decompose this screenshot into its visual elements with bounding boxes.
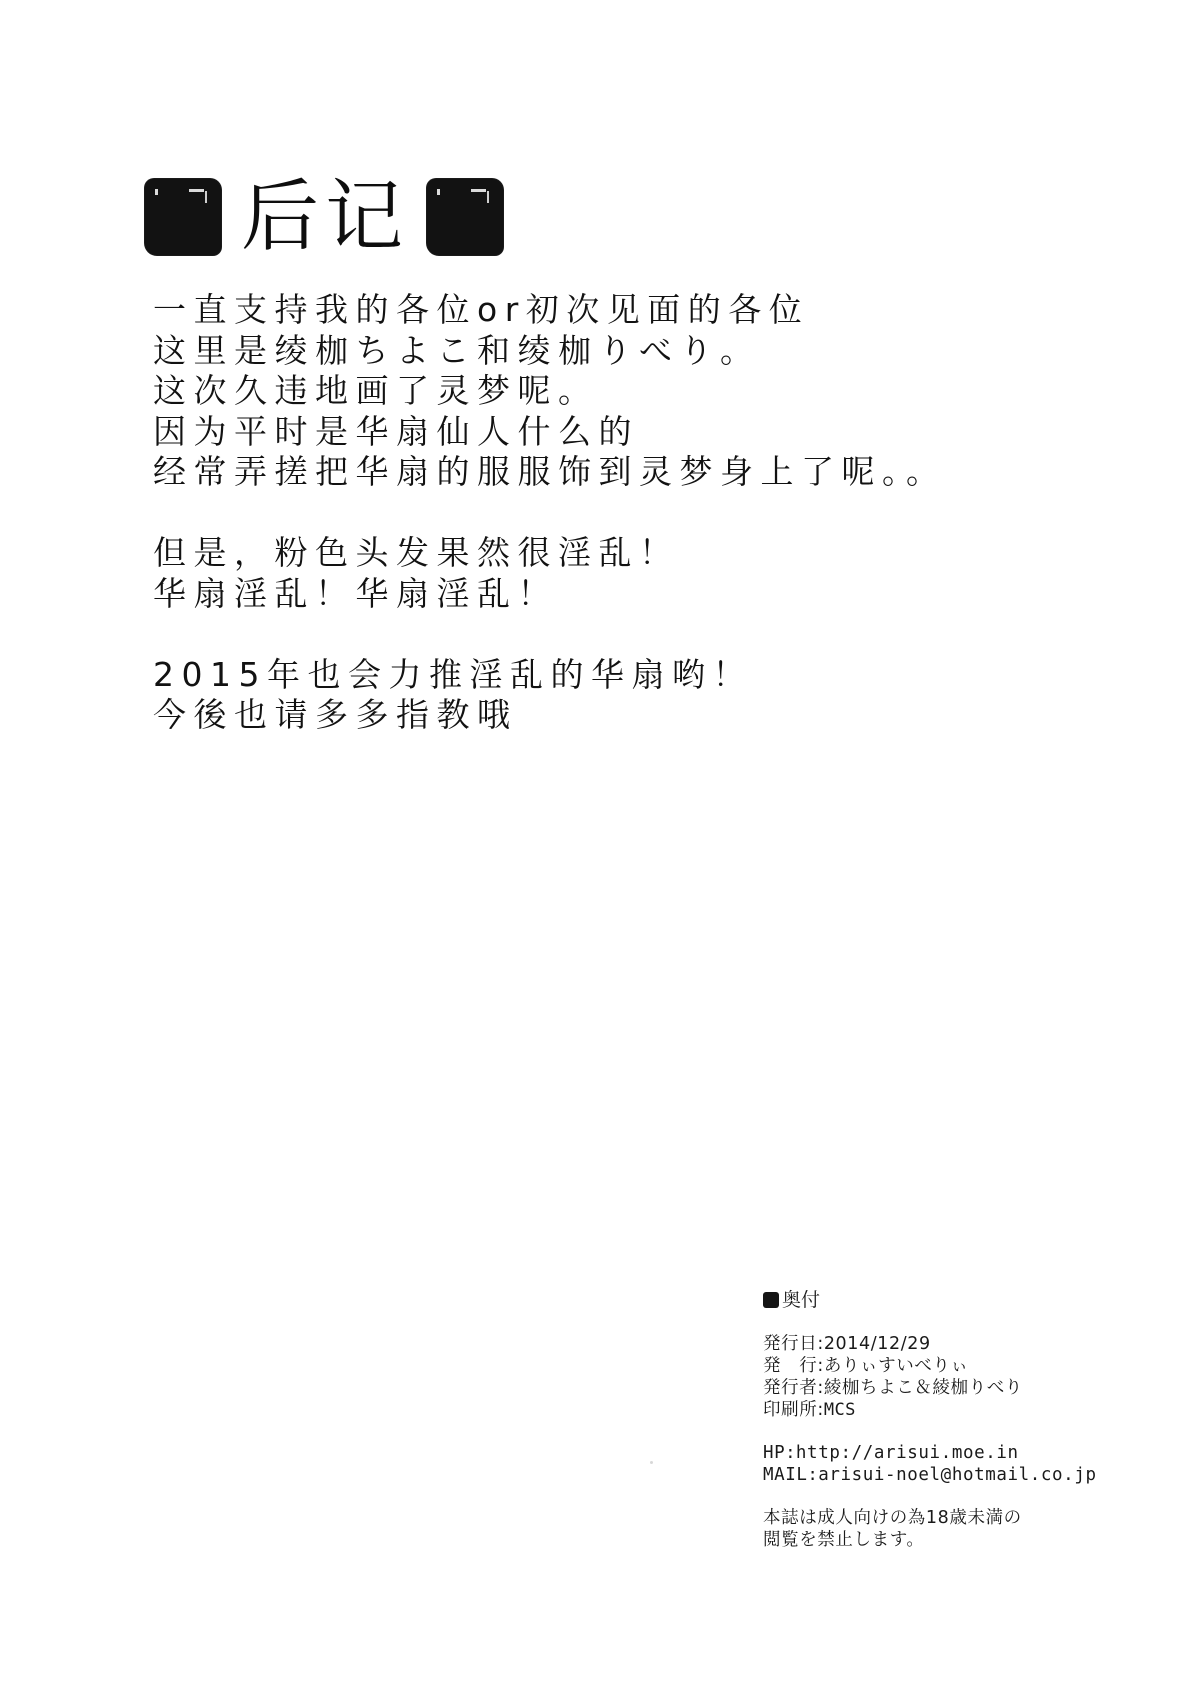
afterword-heading: 后记: [145, 176, 503, 258]
email-row: MAIL:arisui-noel@hotmail.co.jp: [763, 1464, 1163, 1486]
notice-line: 閲覧を禁止します。: [763, 1529, 1163, 1551]
scan-speck: [650, 1461, 653, 1464]
publication-date-row: 発行日:2014/12/29: [763, 1333, 1163, 1355]
black-square-icon: [763, 1292, 779, 1308]
row-label: HP: [763, 1442, 785, 1464]
paragraph-2: 但是，粉色头发果然很淫乱！ 华扇淫乱！华扇淫乱！: [153, 533, 1113, 614]
left-black-square-icon: [145, 179, 221, 255]
body-line: 但是，粉色头发果然很淫乱！: [153, 533, 1113, 574]
authors-row: 発行者:綾枷ちよこ＆綾枷りべり: [763, 1377, 1163, 1399]
row-label: MAIL: [763, 1464, 808, 1486]
body-line: 今後也请多多指教哦: [153, 695, 1113, 736]
homepage-url: http://arisui.moe.in: [796, 1443, 1019, 1463]
publication-date: 2014/12/29: [824, 1334, 931, 1354]
publisher: ありぃすいべりぃ: [824, 1356, 969, 1376]
paragraph-spacer: [153, 614, 1113, 655]
body-line: 2015年也会力推淫乱的华扇哟！: [153, 655, 1113, 696]
contact-info: HP:http://arisui.moe.in MAIL:arisui-noel…: [763, 1442, 1163, 1486]
body-line: 这里是绫枷ちよこ和绫枷りべり。: [153, 331, 1113, 372]
printer: MCS: [824, 1400, 856, 1420]
printer-row: 印刷所:MCS: [763, 1399, 1163, 1421]
paragraph-1: 一直支持我的各位or初次见面的各位 这里是绫枷ちよこ和绫枷りべり。 这次久违地画…: [153, 290, 1113, 493]
row-label: 印刷所: [763, 1399, 817, 1421]
row-label: 発 行: [763, 1355, 817, 1377]
body-line: 华扇淫乱！华扇淫乱！: [153, 574, 1113, 615]
colophon: 奥付 発行日:2014/12/29 発 行:ありぃすいべりぃ 発行者:綾枷ちよこ…: [763, 1288, 1163, 1551]
row-label: 発行者: [763, 1377, 817, 1399]
separator: :: [808, 1465, 819, 1485]
afterword-body: 一直支持我的各位or初次见面的各位 这里是绫枷ちよこ和绫枷りべり。 这次久违地画…: [153, 290, 1113, 736]
separator: :: [785, 1443, 796, 1463]
authors: 綾枷ちよこ＆綾枷りべり: [824, 1378, 1023, 1398]
page-title: 后记: [241, 176, 409, 258]
body-line: 经常弄搓把华扇的服服饰到灵梦身上了呢。。: [153, 452, 1113, 493]
colophon-title: 奥付: [763, 1288, 1163, 1312]
age-notice: 本誌は成人向けの為18歳未満の 閲覧を禁止します。: [763, 1507, 1163, 1551]
body-line: 因为平时是华扇仙人什么的: [153, 412, 1113, 453]
paragraph-spacer: [153, 493, 1113, 534]
colophon-title-text: 奥付: [782, 1288, 820, 1312]
body-line: 一直支持我的各位or初次见面的各位: [153, 290, 1113, 331]
publisher-row: 発 行:ありぃすいべりぃ: [763, 1355, 1163, 1377]
paragraph-3: 2015年也会力推淫乱的华扇哟！ 今後也请多多指教哦: [153, 655, 1113, 736]
body-line: 这次久违地画了灵梦呢。: [153, 371, 1113, 412]
row-label: 発行日: [763, 1333, 817, 1355]
notice-line: 本誌は成人向けの為18歳未満の: [763, 1507, 1163, 1529]
email-address: arisui-noel@hotmail.co.jp: [818, 1465, 1096, 1485]
afterword-page: 后记 一直支持我的各位or初次见面的各位 这里是绫枷ちよこ和绫枷りべり。 这次久…: [0, 0, 1200, 1699]
publication-info: 発行日:2014/12/29 発 行:ありぃすいべりぃ 発行者:綾枷ちよこ＆綾枷…: [763, 1333, 1163, 1421]
right-black-square-icon: [427, 179, 503, 255]
homepage-row: HP:http://arisui.moe.in: [763, 1442, 1163, 1464]
